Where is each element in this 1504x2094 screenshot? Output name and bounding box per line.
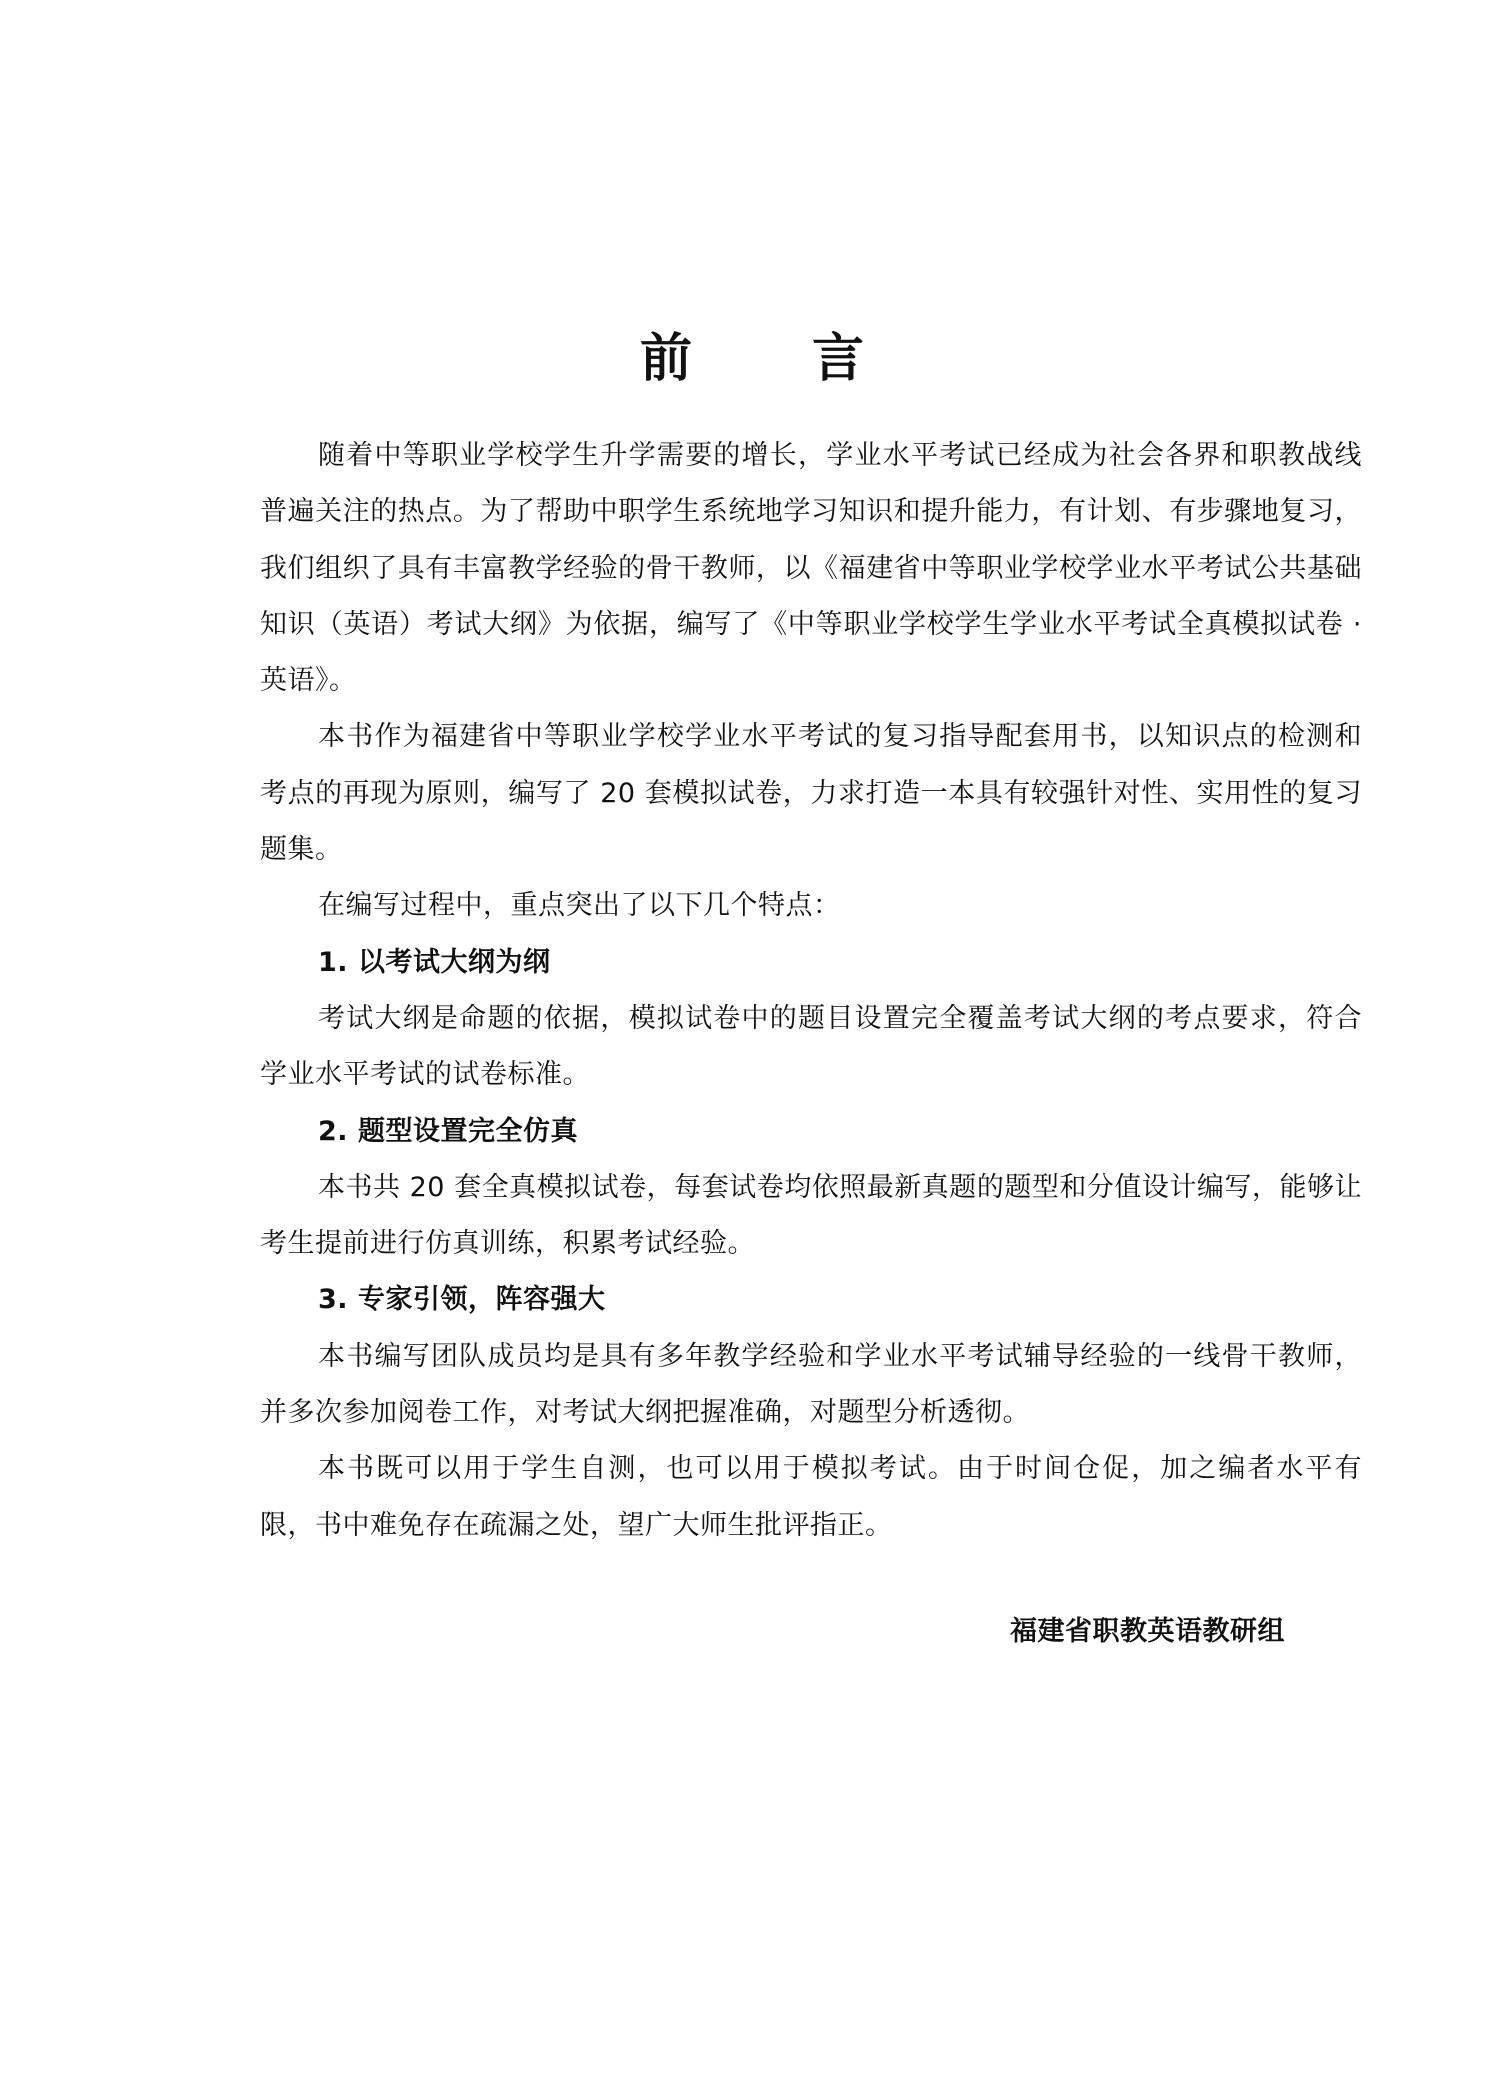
title-char-2: 言 (812, 323, 864, 395)
signature: 福建省职教英语教研组 (1010, 1612, 1285, 1652)
paragraph-closing: 本书既可以用于学生自测，也可以用于模拟考试。由于时间仓促，加之编者水平有限，书中… (260, 1441, 1362, 1554)
feature-heading-2: 2. 题型设置完全仿真 (260, 1104, 1362, 1160)
paragraph-intro: 随着中等职业学校学生升学需要的增长，学业水平考试已经成为社会各界和职教战线普遍关… (260, 428, 1362, 709)
feature-heading-1: 1. 以考试大纲为纲 (260, 935, 1362, 991)
title-char-1: 前 (640, 323, 692, 395)
feature-paragraph-1: 考试大纲是命题的依据，模拟试卷中的题目设置完全覆盖考试大纲的考点要求，符合学业水… (260, 991, 1362, 1104)
paragraph-book-purpose: 本书作为福建省中等职业学校学业水平考试的复习指导配套用书，以知识点的检测和考点的… (260, 709, 1362, 878)
page-title: 前言 (0, 323, 1504, 395)
feature-paragraph-2: 本书共 20 套全真模拟试卷，每套试卷均依照最新真题的题型和分值设计编写，能够让… (260, 1160, 1362, 1273)
feature-heading-3: 3. 专家引领，阵容强大 (260, 1272, 1362, 1328)
document-page: 前言 随着中等职业学校学生升学需要的增长，学业水平考试已经成为社会各界和职教战线… (0, 0, 1504, 2094)
paragraph-features-lead: 在编写过程中，重点突出了以下几个特点： (260, 878, 1362, 934)
preface-body: 随着中等职业学校学生升学需要的增长，学业水平考试已经成为社会各界和职教战线普遍关… (260, 428, 1362, 1554)
feature-paragraph-3: 本书编写团队成员均是具有多年教学经验和学业水平考试辅导经验的一线骨干教师，并多次… (260, 1329, 1362, 1442)
